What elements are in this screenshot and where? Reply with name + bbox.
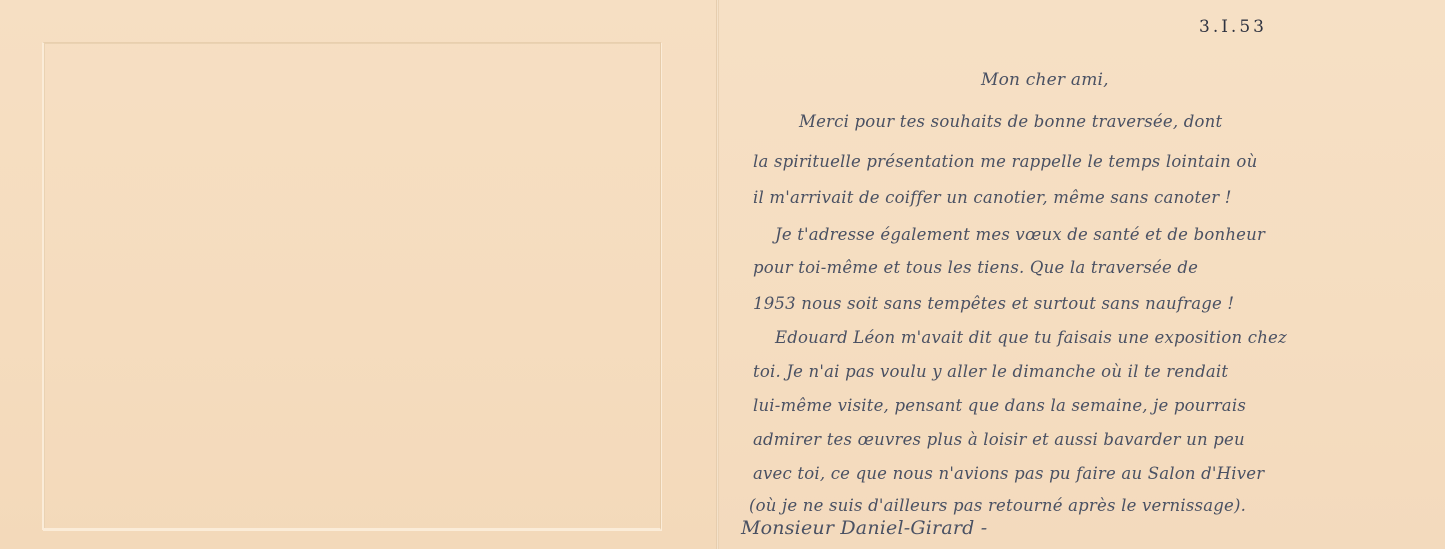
embossed-frame <box>42 42 661 530</box>
letter-line: avec toi, ce que nous n'avions pas pu fa… <box>753 464 1264 483</box>
letter-line: Merci pour tes souhaits de bonne travers… <box>799 112 1222 131</box>
letter-line: (où je ne suis d'ailleurs pas retourné a… <box>749 496 1246 515</box>
letter-line: 1953 nous soit sans tempêtes et surtout … <box>753 294 1234 313</box>
letter-line: la spirituelle présentation me rappelle … <box>753 152 1257 171</box>
greeting-card: 3.I.53 Mon cher ami, Merci pour tes souh… <box>0 0 1445 549</box>
letter-line: Je t'adresse également mes vœux de santé… <box>775 225 1265 244</box>
letter-salutation: Mon cher ami, <box>981 70 1109 90</box>
letter-recipient: Monsieur Daniel-Girard - <box>741 517 987 539</box>
card-left-panel <box>0 0 716 549</box>
letter-line: pour toi-même et tous les tiens. Que la … <box>753 258 1198 277</box>
letter-line: admirer tes œuvres plus à loisir et auss… <box>753 430 1245 449</box>
letter-line: toi. Je n'ai pas voulu y aller le dimanc… <box>753 362 1228 381</box>
letter-line: il m'arrivait de coiffer un canotier, mê… <box>753 188 1232 207</box>
letter-line: Edouard Léon m'avait dit que tu faisais … <box>775 328 1287 347</box>
page-margin <box>0 549 1445 557</box>
letter-line: lui-même visite, pensant que dans la sem… <box>753 396 1246 415</box>
letter-date: 3.I.53 <box>1199 17 1267 37</box>
card-right-panel: 3.I.53 Mon cher ami, Merci pour tes souh… <box>719 0 1445 549</box>
